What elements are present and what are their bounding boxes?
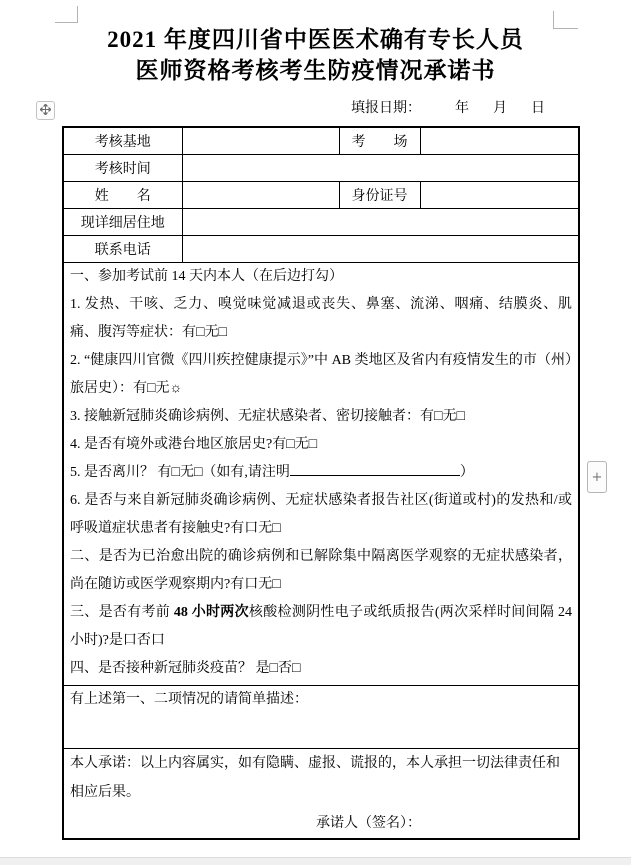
- fill-date-label: 填报日期：: [351, 97, 421, 117]
- document-title-line2: 医师资格考核考生防疫情况承诺书: [0, 55, 631, 86]
- table-row: 姓 名 身份证号: [63, 181, 579, 208]
- question-6: 6. 是否与来自新冠肺炎确诊病例、无症状感染者报告社区(街道或村)的发热和/或呼…: [70, 487, 572, 543]
- question-section1-header: 一、参加考试前 14 天内本人（在后边打勾）: [70, 263, 572, 291]
- promise-text: 本人承诺：以上内容属实，如有隐瞒、虚报、谎报的，本人承担一切法律责任和相应后果。: [70, 749, 572, 807]
- move-icon: [40, 102, 51, 120]
- name-input[interactable]: [182, 181, 339, 208]
- describe-cell[interactable]: 有上述第一、二项情况的请简单描述：: [63, 685, 579, 748]
- exam-room-label: 考 场: [339, 127, 420, 154]
- address-label: 现详细居住地: [63, 208, 182, 235]
- document-page: 2021 年度四川省中医医术确有专长人员 医师资格考核考生防疫情况承诺书 填报日…: [0, 0, 631, 865]
- question-section3-bold: 48 小时两次: [174, 605, 249, 620]
- question-3: 3. 接触新冠肺炎确诊病例、无症状感染者、密切接触者：有□无□: [70, 403, 572, 431]
- plus-icon: +: [592, 470, 603, 485]
- table-row: 考核基地 考 场: [63, 127, 579, 154]
- phone-label: 联系电话: [63, 235, 182, 262]
- question-section4: 四、是否接种新冠肺炎疫苗？ 是□否□: [70, 655, 572, 683]
- address-input[interactable]: [182, 208, 579, 235]
- describe-prompt: 有上述第一、二项情况的请简单描述：: [70, 686, 572, 714]
- question-2: 2. “健康四川官微《四川疾控健康提示》”中 AB 类地区及省内有疫情发生的市（…: [70, 347, 572, 403]
- document-title-line1: 2021 年度四川省中医医术确有专长人员: [0, 24, 631, 55]
- table-move-handle[interactable]: [36, 101, 55, 120]
- question-section2: 二、是否为已治愈出院的确诊病例和已解除集中隔离医学观察的无症状感染者，尚在随访或…: [70, 543, 572, 599]
- id-number-input[interactable]: [420, 181, 579, 208]
- exam-base-label: 考核基地: [63, 127, 182, 154]
- question-5-close-paren: ）: [460, 465, 474, 480]
- commitment-form-table: 考核基地 考 场 考核时间 姓 名 身份证号 现详细居住地 联系电话 一、参加考…: [62, 126, 580, 840]
- insert-plus-button[interactable]: +: [587, 461, 607, 493]
- fill-date-year-label: 年: [455, 97, 469, 117]
- page-bottom-edge: [0, 857, 631, 865]
- question-5: 5. 是否离川？ 有□无□（如有,请注明）: [70, 459, 572, 487]
- exam-room-input[interactable]: [420, 127, 579, 154]
- text-boundary-mark-top-left: [55, 6, 78, 23]
- fill-date-month-label: 月: [493, 97, 507, 117]
- questionnaire-cell: 一、参加考试前 14 天内本人（在后边打勾） 1. 发热、干咳、乏力、嗅觉味觉减…: [63, 262, 579, 685]
- document-title: 2021 年度四川省中医医术确有专长人员 医师资格考核考生防疫情况承诺书: [0, 24, 631, 86]
- question-1: 1. 发热、干咳、乏力、嗅觉味觉减退或丧失、鼻塞、流涕、咽痛、结膜炎、肌痛、腹泻…: [70, 291, 572, 347]
- signer-label: 承诺人（签名）：: [70, 809, 572, 838]
- table-row: 现详细居住地: [63, 208, 579, 235]
- fill-date-day-label: 日: [531, 97, 545, 117]
- question-5-blank-underline[interactable]: [290, 461, 460, 476]
- question-section3: 三、是否有考前 48 小时两次核酸检测阴性电子或纸质报告(两次采样时间间隔 24…: [70, 599, 572, 655]
- fill-date-line: 填报日期： 年 月 日: [351, 97, 545, 117]
- table-row: 考核时间: [63, 154, 579, 181]
- describe-row: 有上述第一、二项情况的请简单描述：: [63, 685, 579, 748]
- phone-input[interactable]: [182, 235, 579, 262]
- question-5-text: 5. 是否离川？ 有□无□（如有,请注明: [70, 465, 290, 480]
- exam-time-input[interactable]: [182, 154, 579, 181]
- question-section3-prefix: 三、是否有考前: [70, 605, 174, 620]
- id-number-label: 身份证号: [339, 181, 420, 208]
- question-4: 4. 是否有境外或港台地区旅居史?有□无□: [70, 431, 572, 459]
- promise-row: 本人承诺：以上内容属实，如有隐瞒、虚报、谎报的，本人承担一切法律责任和相应后果。…: [63, 748, 579, 839]
- exam-time-label: 考核时间: [63, 154, 182, 181]
- exam-base-input[interactable]: [182, 127, 339, 154]
- name-label: 姓 名: [63, 181, 182, 208]
- table-row: 联系电话: [63, 235, 579, 262]
- questionnaire-row: 一、参加考试前 14 天内本人（在后边打勾） 1. 发热、干咳、乏力、嗅觉味觉减…: [63, 262, 579, 685]
- promise-cell: 本人承诺：以上内容属实，如有隐瞒、虚报、谎报的，本人承担一切法律责任和相应后果。…: [63, 748, 579, 839]
